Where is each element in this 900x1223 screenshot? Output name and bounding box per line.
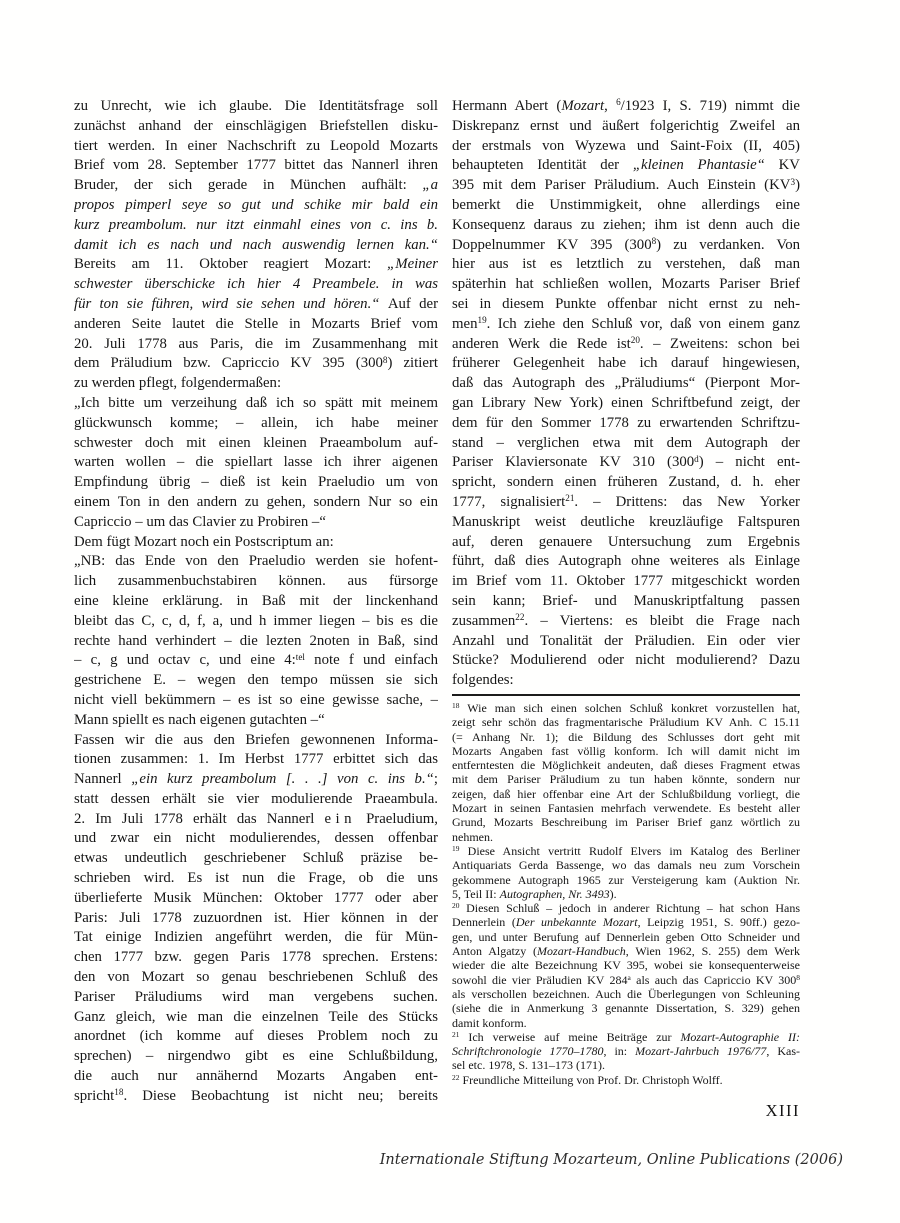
text-segment: Praeludium, [356, 811, 438, 827]
text-line: spricht18. Diese Beobachtung ist nicht n… [74, 1087, 438, 1107]
text-line: 18 Wie man sich einen solchen Schluß kon… [452, 701, 800, 715]
text-line: sprechen) – nirgendwo gibt es eine Schlu… [74, 1047, 438, 1067]
text-segment: anordnet (ich komme auf dieses Problem n… [74, 1028, 438, 1044]
text-segment: als verschollen bezeichnen. Auch die Übe… [452, 987, 800, 1001]
text-segment: ) zu verdanken. Von [656, 237, 800, 253]
text-segment: Pariser Klaviersonate KV 310 (300 [452, 454, 694, 470]
text-segment: . Diese Beobachtung ist nicht neu; berei… [123, 1088, 438, 1104]
text-segment: schwester überschicke ich hier 4 Preambe… [74, 276, 438, 292]
text-segment: Manuskript weist deutliche kreuzläufige … [452, 514, 800, 530]
text-segment: sowohl die vier Präludien KV 284 [452, 973, 628, 987]
scanned-book-page: zu Unrecht, wie ich glaube. Die Identitä… [0, 0, 900, 1223]
text-line: auf, deren genauere Untersuchung zum Erg… [452, 533, 800, 553]
text-line: Pariser Präludiums wird man vergebens su… [74, 988, 438, 1008]
text-segment: Mozart-Autographie II: [680, 1030, 800, 1044]
text-line: entferntesten die Möglichkeit andeuten, … [452, 758, 800, 772]
text-line: Pariser Klaviersonate KV 310 (300d) – ni… [452, 453, 800, 473]
text-segment: tel [296, 652, 305, 662]
text-line: wieder die alte Bezeichnung KV 395, wobe… [452, 958, 800, 972]
text-segment: Mozarts Angaben fast völlig konform. Ich… [452, 744, 800, 758]
text-line: nehmen. [452, 830, 800, 844]
text-line: für ton sie führen, wird sie sehen und h… [74, 295, 438, 315]
text-segment: Empfindung übrig – dieß ist kein Praelud… [74, 474, 438, 490]
text-segment: tiert werden. In einer Nachschrift zu Le… [74, 138, 438, 154]
text-segment: schwester doch mit einen kleinen Praeamb… [74, 435, 438, 451]
text-line: der erstmals von Wyzewa und Saint-Foix (… [452, 137, 800, 157]
text-segment: statt dessen erhält sie vier modulierend… [74, 791, 438, 807]
text-segment: gekommene Autograph 1965 zur Versteigeru… [452, 873, 800, 887]
text-segment: 8 [796, 973, 800, 982]
text-line: chen 1777 bzw. gegen Paris 1778 sprechen… [74, 948, 438, 968]
page-number: XIII [452, 1101, 800, 1121]
text-line: statt dessen erhält sie vier modulierend… [74, 790, 438, 810]
text-line: zusammen22. – Viertens: es bleibt die Fr… [452, 612, 800, 632]
text-line: etwas undeutlich geschriebener Schluß pr… [74, 849, 438, 869]
text-segment: zu werden pflegt, folgendermaßen: [74, 375, 281, 391]
text-segment: dem für den Sommer 1778 zu erwartenden S… [452, 415, 800, 431]
text-line: mit dem Pariser Präludium zu tun haben k… [452, 772, 800, 786]
text-segment: 20 [631, 335, 640, 345]
text-line: Stücke? Modulierend oder nicht moduliere… [452, 651, 800, 671]
text-line: 21 Ich verweise auf meine Beiträge zur M… [452, 1030, 800, 1044]
text-segment: /1923 I, S. 719) nimmt die [621, 98, 800, 114]
text-segment: einem Ton in den andern zu gehen, sonder… [74, 494, 438, 510]
text-line: men19. Ich ziehe den Schluß vor, daß von… [452, 315, 800, 335]
text-line: Paris: Juli 1778 zuzuordnen ist. Hier kö… [74, 909, 438, 929]
text-line: späterhin hat schließen wollen, Mozarts … [452, 275, 800, 295]
text-line: schwester überschicke ich hier 4 Preambe… [74, 275, 438, 295]
text-segment: Bruder, der sich gerade in München aufhä… [74, 177, 422, 193]
text-line: überlieferte Musik München: Oktober 1777… [74, 889, 438, 909]
text-line: „Ich bitte um verzeihung daß ich so spät… [74, 394, 438, 414]
text-segment: Bereits am 11. Oktober reagiert Mozart: [74, 256, 387, 272]
text-line: Ganz gleich, wie man die einzelnen Teile… [74, 1008, 438, 1028]
text-segment: folgendes: [452, 672, 514, 688]
text-segment: für ton sie führen, wird sie sehen und h… [74, 296, 388, 312]
text-line: anordnet (ich komme auf dieses Problem n… [74, 1027, 438, 1047]
text-segment: Der unbekannte Mozart [516, 915, 638, 929]
footer-credit: Internationale Stiftung Mozarteum, Onlin… [0, 1152, 843, 1168]
text-line: 2. Im Juli 1778 erhält das Nannerl ein P… [74, 810, 438, 830]
text-segment: dem Präludium bzw. Capriccio KV 395 (300 [74, 355, 383, 371]
text-line: Brief vom 28. September 1777 bittet das … [74, 156, 438, 176]
text-segment: „Meiner [387, 256, 438, 272]
text-segment: als auch das Capriccio KV 300 [631, 973, 796, 987]
text-segment: Wie man sich einen solchen Schluß konkre… [459, 701, 800, 715]
text-line: schwester doch mit einen kleinen Praeamb… [74, 434, 438, 454]
text-line: sei in diesem Punkte offenbar nicht erns… [452, 295, 800, 315]
text-segment: – c, g und octav c, und eine 4: [74, 652, 296, 668]
text-line: Capriccio – um das Clavier zu Probiren –… [74, 513, 438, 533]
text-line: sowohl die vier Präludien KV 284a als au… [452, 973, 800, 987]
text-segment: 2. Im Juli 1778 erhält das Nannerl [74, 811, 325, 827]
text-segment: Antiquariats Gerda Bassenge, wo das dama… [452, 858, 800, 872]
text-segment: „ein kurz preambolum [. . .] von c. ins … [131, 771, 434, 787]
text-segment: „kleinen Phantasie“ [633, 157, 765, 173]
text-segment: . – Drittens: das New Yorker [574, 494, 800, 510]
text-segment: , Wien 1962, S. 255) dem Werk [626, 944, 800, 958]
text-segment: eine kleine erklärung. in Baß mit der li… [74, 593, 438, 609]
text-line: einem Ton in den andern zu gehen, sonder… [74, 493, 438, 513]
text-segment: Mozart-Handbuch [537, 944, 626, 958]
text-segment: wieder die alte Bezeichnung KV 395, wobe… [452, 958, 800, 972]
text-segment: , Leipzig 1951, S. 90ff.) gezo- [638, 915, 800, 929]
text-segment: glückwunsch komme; – allein, ich habe me… [74, 415, 438, 431]
text-segment: nehmen. [452, 830, 493, 844]
text-segment: . – Viertens: es bleibt die Frage nach [524, 613, 800, 629]
text-line: tiert werden. In einer Nachschrift zu Le… [74, 137, 438, 157]
text-line: gen, und unter Berufung auf Dennerlein g… [452, 930, 800, 944]
text-line: Bereits am 11. Oktober reagiert Mozart: … [74, 255, 438, 275]
text-line: damit ich es nach und nach auswendig ler… [74, 236, 438, 256]
text-segment: ) zitiert [387, 355, 438, 371]
text-line: und zwar ein nicht modulierendes, dessen… [74, 829, 438, 849]
text-segment: ) [795, 177, 800, 193]
text-line: 20. Juli 1778 aus Paris, die im Zusammen… [74, 335, 438, 355]
text-line: Bruder, der sich gerade in München aufhä… [74, 176, 438, 196]
text-segment: Autographen, Nr. 3493 [500, 887, 610, 901]
text-segment: . Ich ziehe den Schluß vor, daß von eine… [487, 316, 800, 332]
text-segment: Dem fügt Mozart noch ein Postscriptum an… [74, 534, 334, 550]
text-segment: ). [610, 887, 617, 901]
text-segment: Fassen wir die aus den Briefen gewonnene… [74, 732, 438, 748]
text-line: Mozarts Angaben fast völlig konform. Ich… [452, 744, 800, 758]
text-segment: gen, und unter Berufung auf Dennerlein g… [452, 930, 800, 944]
text-line: zunächst anhand der einschlägigen Briefs… [74, 117, 438, 137]
text-line: damit konform. [452, 1016, 800, 1030]
text-line: im Brief vom 11. Oktober 1777 mitgeschic… [452, 572, 800, 592]
text-line: 1777, signalisiert21. – Drittens: das Ne… [452, 493, 800, 513]
text-line: früherer Gelegenheit habe ich darauf hin… [452, 354, 800, 374]
text-segment: Grund, Mozarts Beschreibung im Pariser B… [452, 815, 800, 829]
text-line: behaupteten Identität der „kleinen Phant… [452, 156, 800, 176]
footnotes-block: 18 Wie man sich einen solchen Schluß kon… [452, 701, 800, 1087]
text-segment: . – Zweitens: schon bei [640, 336, 800, 352]
text-segment: spricht, sondern einen früheren Zustand,… [452, 474, 800, 490]
text-segment: 21 [565, 493, 574, 503]
text-line: (= Anhang Nr. 1); die Bildung des Schlus… [452, 730, 800, 744]
text-segment: führt, daß dies Autograph ohne weiteres … [452, 553, 800, 569]
text-line: anderen Seite lautet die Stelle in Mozar… [74, 315, 438, 335]
text-segment: (siehe die in Anmerkung 3 genannte Disse… [452, 1001, 800, 1015]
text-segment: anderen Werk die Rede ist [452, 336, 631, 352]
text-line: Dem fügt Mozart noch ein Postscriptum an… [74, 533, 438, 553]
footnote-separator-rule [452, 694, 800, 696]
text-segment: , [604, 98, 616, 114]
text-segment: zeigt sehr schön das fragmentarische Prä… [452, 715, 800, 729]
text-segment: 8 [652, 236, 657, 246]
text-line: Dennerlein (Der unbekannte Mozart, Leipz… [452, 915, 800, 929]
text-line: sel etc. 1978, S. 131–173 (171). [452, 1058, 800, 1072]
text-line: stand – verglichen etwa mit dem Autograp… [452, 434, 800, 454]
text-segment: sein kann; Brief- und Manuskriptfaltung … [452, 593, 800, 609]
text-line: dem für den Sommer 1778 zu erwartenden S… [452, 414, 800, 434]
text-segment: rechte hand verhindert – die lezten 2not… [74, 633, 438, 649]
text-segment: im Brief vom 11. Oktober 1777 mitgeschic… [452, 573, 800, 589]
text-segment: 18 [114, 1087, 123, 1097]
text-segment: sei in diesem Punkte offenbar nicht erns… [452, 296, 800, 312]
text-segment: mit dem Pariser Präludium zu tun haben k… [452, 772, 800, 786]
text-segment: Anzahl und Tonalität der Präludien. Ein … [452, 633, 800, 649]
text-segment: Anton Algatzy ( [452, 944, 537, 958]
text-line: hier aus ist es letztlich zu verstehen, … [452, 255, 800, 275]
text-segment: Freundliche Mitteilung von Prof. Dr. Chr… [459, 1073, 722, 1087]
text-segment: Hermann Abert ( [452, 98, 561, 114]
text-line: tionen zusammen: 1. Im Herbst 1777 erbit… [74, 750, 438, 770]
text-line: Konsequenz daraus zu ziehen; ihm ist den… [452, 216, 800, 236]
text-segment: 395 mit dem Pariser Präludium. Auch Eins… [452, 177, 790, 193]
text-line: nicht viell bekümmern – es ist so eine g… [74, 691, 438, 711]
text-line: Hermann Abert (Mozart, 6/1923 I, S. 719)… [452, 97, 800, 117]
text-segment: anderen Seite lautet die Stelle in Mozar… [74, 316, 438, 332]
text-segment: Brief vom 28. September 1777 bittet das … [74, 157, 438, 173]
text-line: Mann spiellt es nach eigenen gutachten –… [74, 711, 438, 731]
text-segment: chen 1777 bzw. gegen Paris 1778 sprechen… [74, 949, 438, 965]
text-segment: ; [434, 771, 438, 787]
text-segment: Diskrepanz ernst und äußert folgerichtig… [452, 118, 800, 134]
text-segment: und zwar ein nicht modulierendes, dessen… [74, 830, 438, 846]
text-line: gestrichene E. – wegen den tempo müssen … [74, 671, 438, 691]
text-line: Schriftchronologie 1770–1780, in: Mozart… [452, 1044, 800, 1058]
text-line: als verschollen bezeichnen. Auch die Übe… [452, 987, 800, 1001]
text-line: Fassen wir die aus den Briefen gewonnene… [74, 731, 438, 751]
text-segment: nicht viell bekümmern – es ist so eine g… [74, 692, 438, 708]
text-segment: die auch nur annähernd Mozarts Angaben e… [74, 1068, 438, 1084]
text-segment: „a [422, 177, 438, 193]
text-line: 19 Diese Ansicht vertritt Rudolf Elvers … [452, 844, 800, 858]
text-segment: behaupteten Identität der [452, 157, 633, 173]
text-line: den von Mozart so genau beschriebenen Sc… [74, 968, 438, 988]
text-line: anderen Werk die Rede ist20. – Zweitens:… [452, 335, 800, 355]
text-line: 395 mit dem Pariser Präludium. Auch Eins… [452, 176, 800, 196]
text-segment: 20. Juli 1778 aus Paris, die im Zusammen… [74, 336, 438, 352]
text-segment: Konsequenz daraus zu ziehen; ihm ist den… [452, 217, 800, 233]
text-segment: Doppelnummer KV 395 (300 [452, 237, 652, 253]
text-line: 22 Freundliche Mitteilung von Prof. Dr. … [452, 1073, 800, 1087]
text-segment: ein [325, 811, 356, 827]
text-line: gan Library New York) einen Schriftbefun… [452, 394, 800, 414]
text-segment: Pariser Präludiums wird man vergebens su… [74, 989, 438, 1005]
text-line: zu werden pflegt, folgendermaßen: [74, 374, 438, 394]
text-line: – c, g und octav c, und eine 4:tel note … [74, 651, 438, 671]
text-line: sein kann; Brief- und Manuskriptfaltung … [452, 592, 800, 612]
text-line: folgendes: [452, 671, 800, 691]
text-segment: überlieferte Musik München: Oktober 1777… [74, 890, 438, 906]
text-segment: 6 [616, 97, 621, 107]
text-segment: auf, deren genauere Untersuchung zum Erg… [452, 534, 800, 550]
text-segment: Mozart [561, 98, 604, 114]
text-segment: „Ich bitte um verzeihung daß ich so spät… [74, 395, 438, 411]
text-segment: gan Library New York) einen Schriftbefun… [452, 395, 800, 411]
text-segment: Ich verweise auf meine Beiträge zur [459, 1030, 680, 1044]
text-segment: spricht [74, 1088, 114, 1104]
text-segment: späterhin hat schließen wollen, Mozarts … [452, 276, 800, 292]
text-line: Anton Algatzy (Mozart-Handbuch, Wien 196… [452, 944, 800, 958]
text-line: zu Unrecht, wie ich glaube. Die Identitä… [74, 97, 438, 117]
text-segment: Stücke? Modulierend oder nicht moduliere… [452, 652, 800, 668]
text-line: Nannerl „ein kurz preambolum [. . .] von… [74, 770, 438, 790]
text-segment: zunächst anhand der einschlägigen Briefs… [74, 118, 438, 134]
text-line: zeigt sehr schön das fragmentarische Prä… [452, 715, 800, 729]
text-segment: Schriftchronologie 1770–1780 [452, 1044, 604, 1058]
text-line: eine kleine erklärung. in Baß mit der li… [74, 592, 438, 612]
text-line: Empfindung übrig – dieß ist kein Praelud… [74, 473, 438, 493]
text-segment: hier aus ist es letztlich zu verstehen, … [452, 256, 800, 272]
text-segment: men [452, 316, 477, 332]
text-segment: bemerkt die Unstimmigkeit, ohne allerdin… [452, 197, 800, 213]
text-segment: Diesen Schluß – jedoch in anderer Richtu… [459, 901, 800, 915]
text-segment: 3 [790, 177, 795, 187]
text-line: 5, Teil II: Autographen, Nr. 3493). [452, 887, 800, 901]
text-line: gekommene Autograph 1965 zur Versteigeru… [452, 873, 800, 887]
text-line: Doppelnummer KV 395 (3008) zu verdanken.… [452, 236, 800, 256]
text-segment: , Kas- [766, 1044, 800, 1058]
text-segment: Mozart-Jahrbuch 1976/77 [635, 1044, 766, 1058]
text-segment: 21 [452, 1030, 459, 1039]
text-line: schrieben wird. Es ist nun die Frage, ob… [74, 869, 438, 889]
text-segment: a [628, 973, 631, 982]
left-text-column: zu Unrecht, wie ich glaube. Die Identitä… [74, 97, 438, 1107]
text-line: führt, daß dies Autograph ohne weiteres … [452, 552, 800, 572]
text-line: Mozart in seinen Fantasien mehrfach verw… [452, 801, 800, 815]
text-segment: daß das Autograph des „Präludiums“ (Pier… [452, 375, 800, 391]
text-segment: 8 [383, 355, 388, 365]
text-line: bleibt das C, c, d, f, a, und h immer li… [74, 612, 438, 632]
text-segment: damit konform. [452, 1016, 527, 1030]
text-line: propos pimperl seye so gut und schike mi… [74, 196, 438, 216]
text-segment: Ganz gleich, wie man die einzelnen Teile… [74, 1009, 438, 1025]
text-segment: Dennerlein ( [452, 915, 516, 929]
text-segment: damit ich es nach und nach auswendig ler… [74, 237, 438, 253]
text-segment: schrieben wird. Es ist nun die Frage, ob… [74, 870, 438, 886]
text-line: dem Präludium bzw. Capriccio KV 395 (300… [74, 354, 438, 374]
text-line: bemerkt die Unstimmigkeit, ohne allerdin… [452, 196, 800, 216]
text-segment: Capriccio – um das Clavier zu Probiren –… [74, 514, 326, 530]
text-segment: Tat einige Indizien angeführt werden, di… [74, 929, 438, 945]
text-line: Antiquariats Gerda Bassenge, wo das dama… [452, 858, 800, 872]
text-segment: sel etc. 1978, S. 131–173 (171). [452, 1058, 605, 1072]
text-segment: d [694, 454, 699, 464]
text-line: lich zusammenbuchstabiren können. aus fü… [74, 572, 438, 592]
text-line: kurz preambolum. nur itzt einmahl eines … [74, 216, 438, 236]
text-segment: 5, Teil II: [452, 887, 500, 901]
text-segment: entferntesten die Möglichkeit andeuten, … [452, 758, 800, 772]
right-text-column: Hermann Abert (Mozart, 6/1923 I, S. 719)… [452, 97, 800, 691]
text-segment: 19 [477, 315, 486, 325]
text-line: zeigen, daß hier offenbar eine Art der S… [452, 787, 800, 801]
text-segment: zeigen, daß hier offenbar eine Art der S… [452, 787, 800, 801]
text-line: Anzahl und Tonalität der Präludien. Ein … [452, 632, 800, 652]
text-line: Grund, Mozarts Beschreibung im Pariser B… [452, 815, 800, 829]
text-segment: lich zusammenbuchstabiren können. aus fü… [74, 573, 438, 589]
text-segment: Auf der [388, 296, 438, 312]
text-segment: Mann spiellt es nach eigenen gutachten –… [74, 712, 325, 728]
text-segment: 20 [452, 901, 459, 910]
text-segment: 1777, signalisiert [452, 494, 565, 510]
text-segment: Mozart in seinen Fantasien mehrfach verw… [452, 801, 800, 815]
text-segment: Paris: Juli 1778 zuzuordnen ist. Hier kö… [74, 910, 438, 926]
text-segment: der erstmals von Wyzewa und Saint-Foix (… [452, 138, 800, 154]
text-line: rechte hand verhindert – die lezten 2not… [74, 632, 438, 652]
text-line: warten wollen – die spiellart lasse ich … [74, 453, 438, 473]
text-segment: ) – nicht ent- [699, 454, 800, 470]
text-segment: propos pimperl seye so gut und schike mi… [74, 197, 438, 213]
text-segment: , in: [604, 1044, 636, 1058]
text-line: 20 Diesen Schluß – jedoch in anderer Ric… [452, 901, 800, 915]
text-segment: (= Anhang Nr. 1); die Bildung des Schlus… [452, 730, 800, 744]
text-segment: sprechen) – nirgendwo gibt es eine Schlu… [74, 1048, 438, 1064]
text-segment: „NB: das Ende von den Praeludio werden s… [74, 553, 438, 569]
text-segment: gestrichene E. – wegen den tempo müssen … [74, 672, 438, 688]
text-segment: früherer Gelegenheit habe ich darauf hin… [452, 355, 800, 371]
text-line: Diskrepanz ernst und äußert folgerichtig… [452, 117, 800, 137]
text-segment: 22 [452, 1073, 459, 1082]
text-line: spricht, sondern einen früheren Zustand,… [452, 473, 800, 493]
text-segment: bleibt das C, c, d, f, a, und h immer li… [74, 613, 438, 629]
text-segment: tionen zusammen: 1. Im Herbst 1777 erbit… [74, 751, 438, 767]
text-line: die auch nur annähernd Mozarts Angaben e… [74, 1067, 438, 1087]
text-line: daß das Autograph des „Präludiums“ (Pier… [452, 374, 800, 394]
text-line: Manuskript weist deutliche kreuzläufige … [452, 513, 800, 533]
text-segment: 19 [452, 844, 459, 853]
text-segment: kurz preambolum. nur itzt einmahl eines … [74, 217, 438, 233]
text-segment: note f und einfach [305, 652, 438, 668]
text-segment: zusammen [452, 613, 515, 629]
text-segment: zu Unrecht, wie ich glaube. Die Identitä… [74, 98, 438, 114]
text-line: Tat einige Indizien angeführt werden, di… [74, 928, 438, 948]
text-line: „NB: das Ende von den Praeludio werden s… [74, 552, 438, 572]
text-segment: etwas undeutlich geschriebener Schluß pr… [74, 850, 438, 866]
text-line: glückwunsch komme; – allein, ich habe me… [74, 414, 438, 434]
text-segment: KV [765, 157, 800, 173]
text-segment: Nannerl [74, 771, 131, 787]
text-segment: warten wollen – die spiellart lasse ich … [74, 454, 438, 470]
text-line: (siehe die in Anmerkung 3 genannte Disse… [452, 1001, 800, 1015]
text-segment: 22 [515, 612, 524, 622]
text-segment: den von Mozart so genau beschriebenen Sc… [74, 969, 438, 985]
text-segment: Diese Ansicht vertritt Rudolf Elvers im … [459, 844, 800, 858]
text-segment: 18 [452, 701, 459, 710]
text-segment: stand – verglichen etwa mit dem Autograp… [452, 435, 800, 451]
